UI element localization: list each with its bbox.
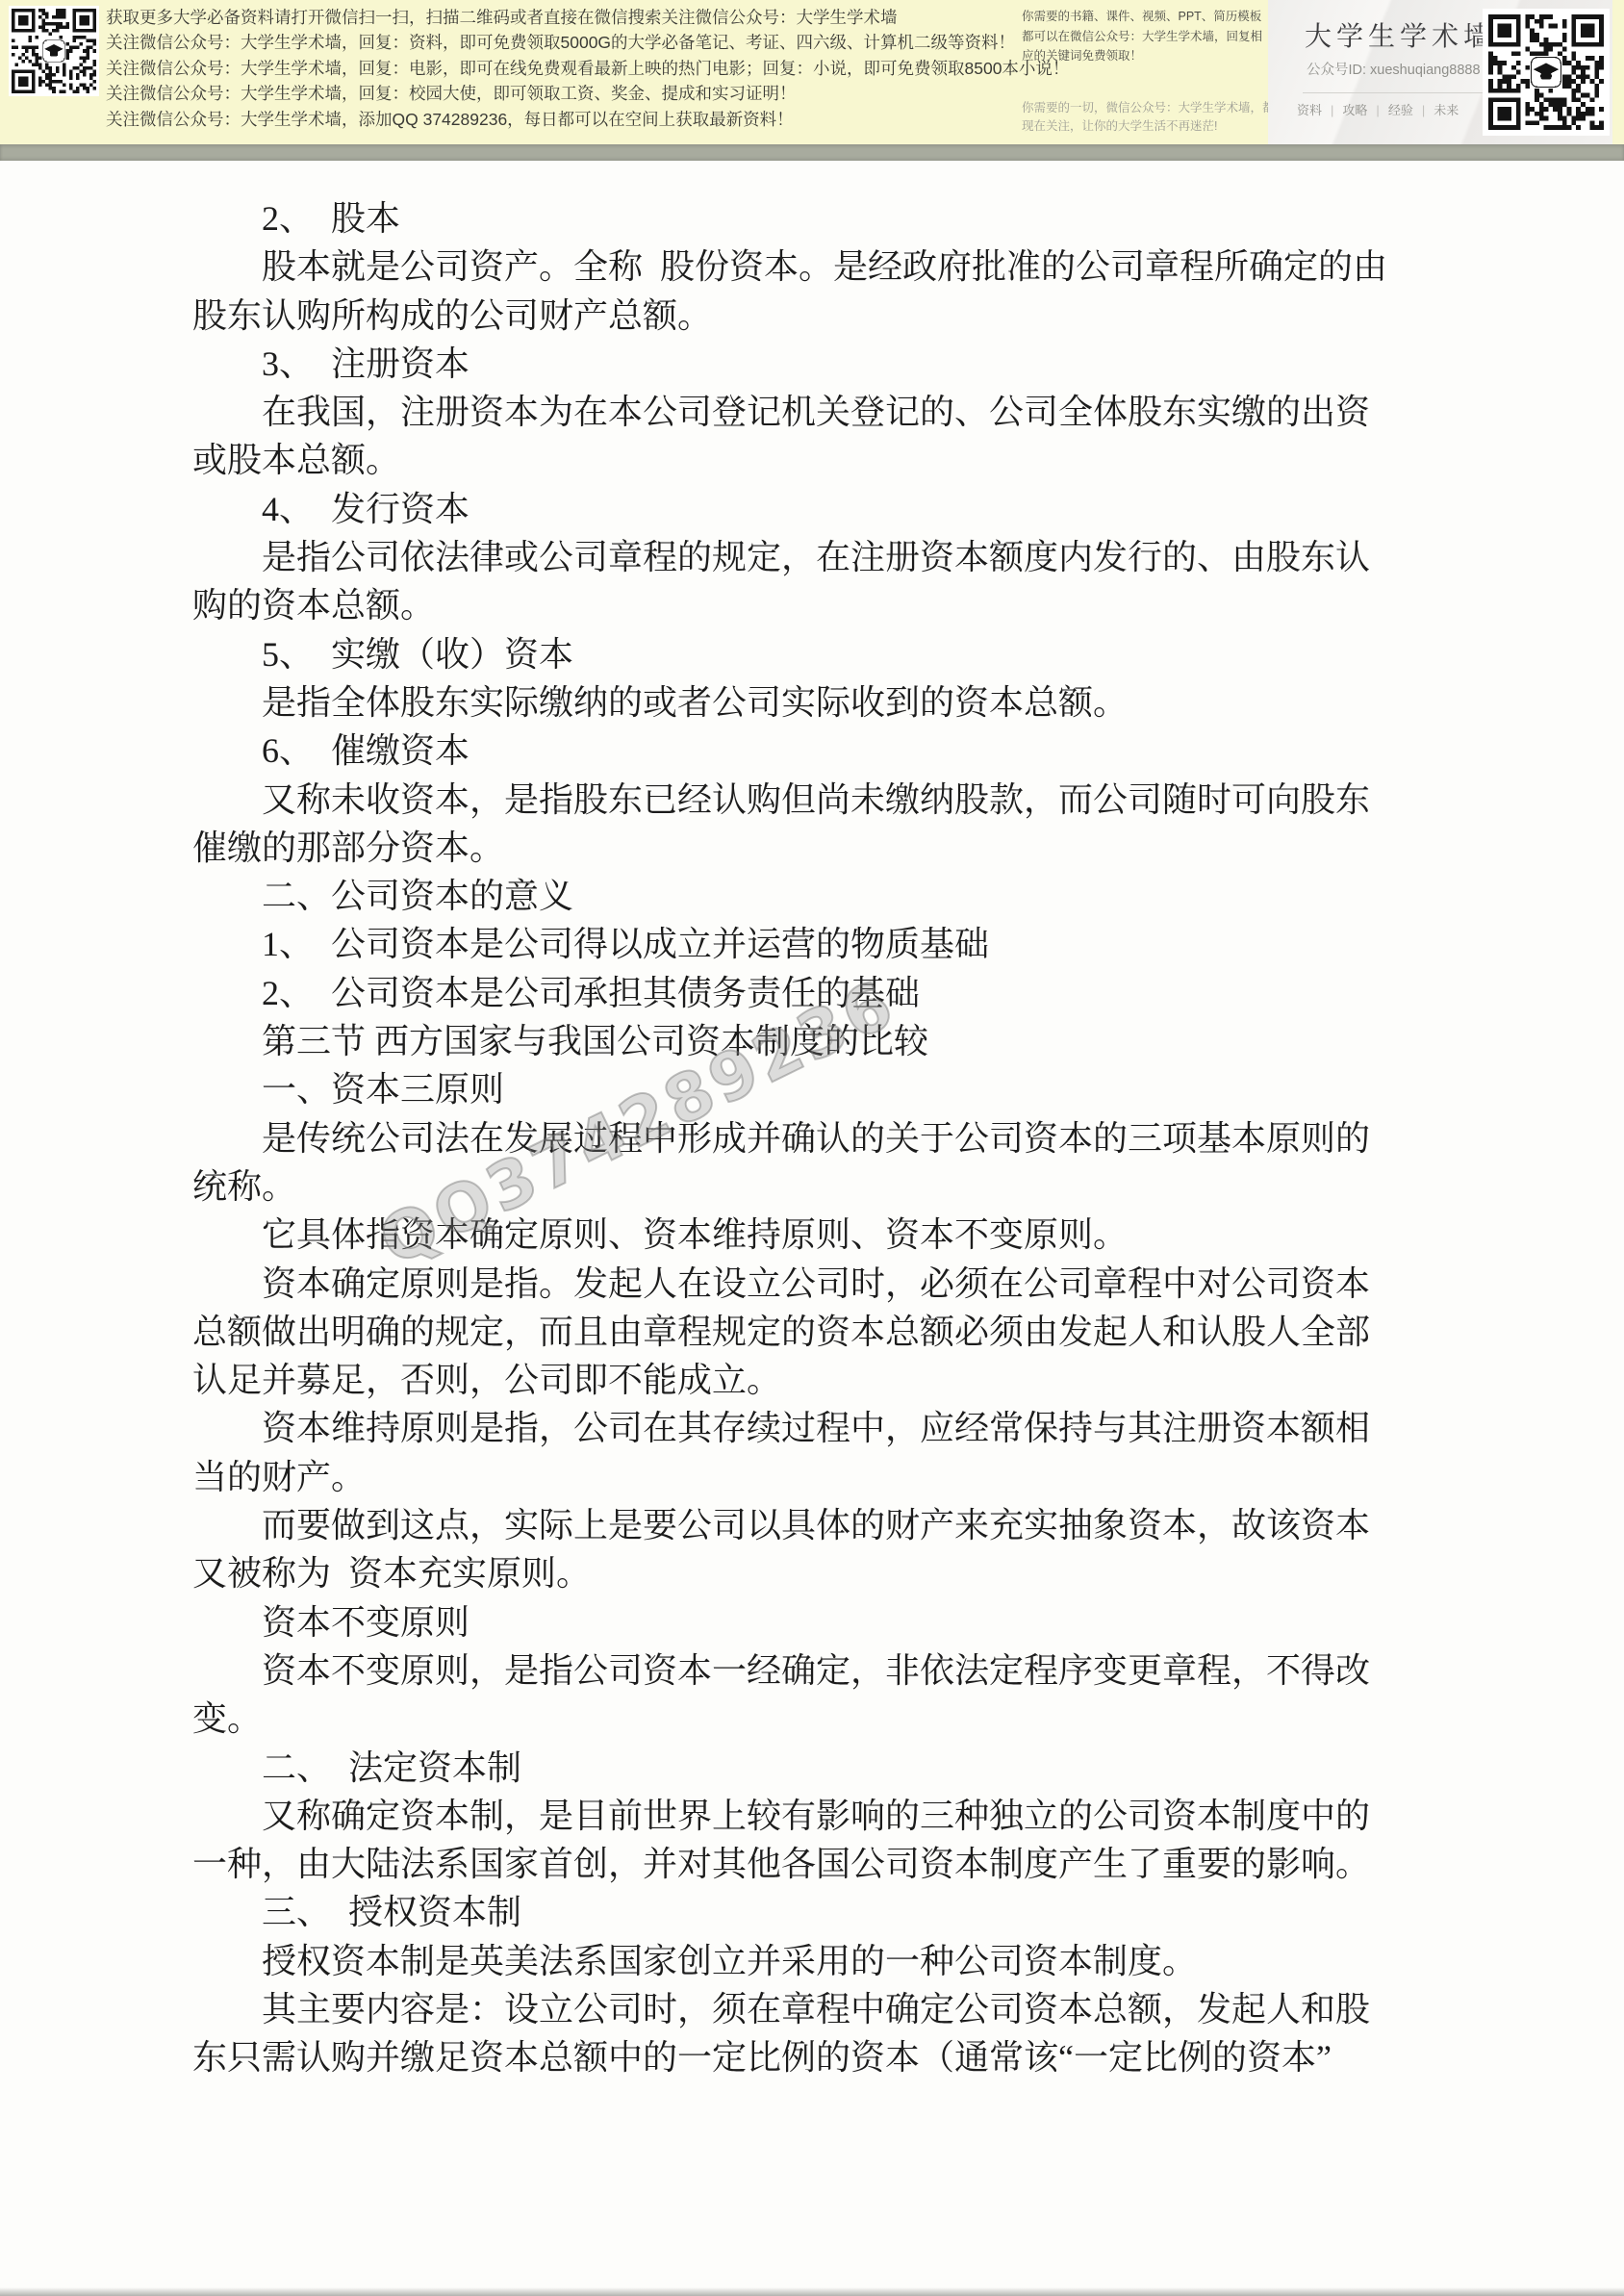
promo-line: 关注微信公众号：大学生学术墙，回复：电影，即可在线免费观看最新上映的热门电影；回… — [106, 56, 1020, 81]
doc-text-line: 1、 公司资本是公司得以成立并运营的物质基础 — [192, 920, 1589, 968]
promo-line: 获取更多大学必备资料请打开微信扫一扫，扫描二维码或者直接在微信搜索关注微信公众号… — [106, 5, 1020, 30]
promo-side-line: 应的关键词免费领取！ — [1022, 46, 1272, 66]
separator-band — [0, 144, 1624, 161]
doc-text-line: 资本确定原则是指。发起人在设立公司时，必须在公司章程中对公司资本 — [192, 1260, 1589, 1308]
doc-text-line: 一、资本三原则 — [192, 1065, 1589, 1113]
doc-text-line: 又称确定资本制，是目前世界上较有影响的三种独立的公司资本制度中的 — [192, 1792, 1589, 1840]
doc-text-line: 又被称为 资本充实原则。 — [192, 1549, 1520, 1597]
account-nav-item: 资料 — [1297, 100, 1322, 118]
doc-text-line: 是指公司依法律或公司章程的规定，在注册资本额度内发行的、由股东认 — [192, 533, 1589, 581]
doc-text-line: 认足并募足，否则，公司即不能成立。 — [192, 1356, 1520, 1404]
promo-side-line: 都可以在微信公众号：大学生学术墙，回复相 — [1022, 27, 1272, 47]
account-nav-item: 未来 — [1413, 100, 1459, 118]
divider — [1303, 92, 1484, 93]
doc-text-line: 4、 发行资本 — [192, 485, 1589, 533]
promo-side-text: 你需要的书籍、课件、视频、PPT、简历模板都可以在微信公众号：大学生学术墙，回复… — [1022, 7, 1272, 66]
doc-text-line: 东只需认购并缴足资本总额中的一定比例的资本（通常该“一定比例的资本” — [192, 2033, 1520, 2081]
doc-text-line: 资本不变原则，是指公司资本一经确定，非依法定程序变更章程，不得改 — [192, 1646, 1589, 1695]
doc-text-line: 统称。 — [192, 1162, 1520, 1211]
doc-text-line: 催缴的那部分资本。 — [192, 824, 1520, 872]
doc-text-line: 二、 法定资本制 — [192, 1744, 1589, 1792]
promo-note-line: 现在关注，让你的大学生活不再迷茫! — [1022, 117, 1272, 136]
promo-text-block: 获取更多大学必备资料请打开微信扫一扫，扫描二维码或者直接在微信搜索关注微信公众号… — [106, 5, 1020, 132]
doc-text-line: 6、 催缴资本 — [192, 727, 1589, 775]
account-title: 大学生学术墙 — [1305, 15, 1495, 54]
doc-text-line: 是传统公司法在发展过程中形成并确认的关于公司资本的三项基本原则的 — [192, 1114, 1589, 1162]
doc-text-line: 变。 — [192, 1695, 1520, 1743]
doc-text-line: 二、公司资本的意义 — [192, 872, 1589, 920]
doc-text-line: 是指全体股东实际缴纳的或者公司实际收到的资本总额。 — [192, 678, 1589, 727]
doc-text-line: 资本不变原则 — [192, 1598, 1589, 1646]
doc-text-line: 一种，由大陆法系国家首创，并对其他各国公司资本制度产生了重要的影响。 — [192, 1840, 1520, 1888]
account-nav: 资料攻略经验未来 — [1297, 100, 1459, 118]
doc-text-line: 3、 注册资本 — [192, 340, 1589, 388]
doc-text-line: 其主要内容是：设立公司时，须在章程中确定公司资本总额，发起人和股 — [192, 1985, 1589, 2033]
account-id: 公众号ID: xueshuqiang8888 — [1307, 59, 1481, 79]
doc-text-line: 购的资本总额。 — [192, 581, 1520, 629]
promo-side-line: 你需要的书籍、课件、视频、PPT、简历模板 — [1022, 7, 1272, 27]
promo-note-line: 你需要的一切，微信公众号：大学生学术墙，都有! — [1022, 99, 1272, 117]
account-nav-item: 经验 — [1367, 100, 1412, 118]
doc-text-line: 而要做到这点，实际上是要公司以具体的财产来充实抽象资本，故该资本 — [192, 1501, 1589, 1549]
promo-side-note: 你需要的一切，微信公众号：大学生学术墙，都有!现在关注，让你的大学生活不再迷茫! — [1022, 99, 1272, 136]
doc-text-line: 第三节 西方国家与我国公司资本制度的比较 — [192, 1017, 1589, 1065]
scanned-document-page: 获取更多大学必备资料请打开微信扫一扫，扫描二维码或者直接在微信搜索关注微信公众号… — [0, 0, 1624, 2296]
doc-text-line: 股本就是公司资产。全称 股份资本。是经政府批准的公司章程所确定的由 — [192, 242, 1589, 291]
doc-text-line: 当的财产。 — [192, 1453, 1520, 1501]
wechat-qr-code-icon — [9, 6, 99, 96]
doc-text-line: 它具体指资本确定原则、资本维持原则、资本不变原则。 — [192, 1211, 1589, 1259]
account-nav-item: 攻略 — [1322, 100, 1367, 118]
doc-text-line: 资本维持原则是指，公司在其存续过程中，应经常保持与其注册资本额相 — [192, 1404, 1589, 1452]
wechat-qr-code-icon — [1483, 9, 1610, 136]
doc-text-line: 总额做出明确的规定，而且由章程规定的资本总额必须由发起人和认股人全部 — [192, 1308, 1520, 1356]
doc-text-line: 在我国，注册资本为在本公司登记机关登记的、公司全体股东实缴的出资 — [192, 388, 1589, 436]
doc-text-line: 或股本总额。 — [192, 436, 1520, 484]
doc-text-line: 5、 实缴（收）资本 — [192, 630, 1589, 678]
doc-text-line: 股东认购所构成的公司财产总额。 — [192, 292, 1520, 340]
doc-text-line: 授权资本制是英美法系国家创立并采用的一种公司资本制度。 — [192, 1937, 1589, 1985]
promo-line: 关注微信公众号：大学生学术墙，回复：资料，即可免费领取5000G的大学必备笔记、… — [106, 30, 1020, 55]
doc-text-line: 又称未收资本，是指股东已经认购但尚未缴纳股款，而公司随时可向股东 — [192, 776, 1589, 824]
promo-banner: 获取更多大学必备资料请打开微信扫一扫，扫描二维码或者直接在微信搜索关注微信公众号… — [0, 0, 1624, 144]
doc-text-line: 2、 股本 — [192, 194, 1589, 242]
promo-line: 关注微信公众号：大学生学术墙，回复：校园大使，即可领取工资、奖金、提成和实习证明… — [106, 81, 1020, 106]
doc-text-line: 2、 公司资本是公司承担其债务责任的基础 — [192, 969, 1589, 1017]
official-account-card: 大学生学术墙 公众号ID: xueshuqiang8888 资料攻略经验未来 — [1268, 0, 1612, 144]
scan-bottom-edge — [0, 2287, 1624, 2296]
promo-line: 关注微信公众号：大学生学术墙，添加QQ 374289236，每日都可以在空间上获… — [106, 107, 1020, 132]
document-body: 2、 股本股本就是公司资产。全称 股份资本。是经政府批准的公司章程所确定的由股东… — [0, 194, 1624, 2082]
doc-text-line: 三、 授权资本制 — [192, 1888, 1589, 1936]
